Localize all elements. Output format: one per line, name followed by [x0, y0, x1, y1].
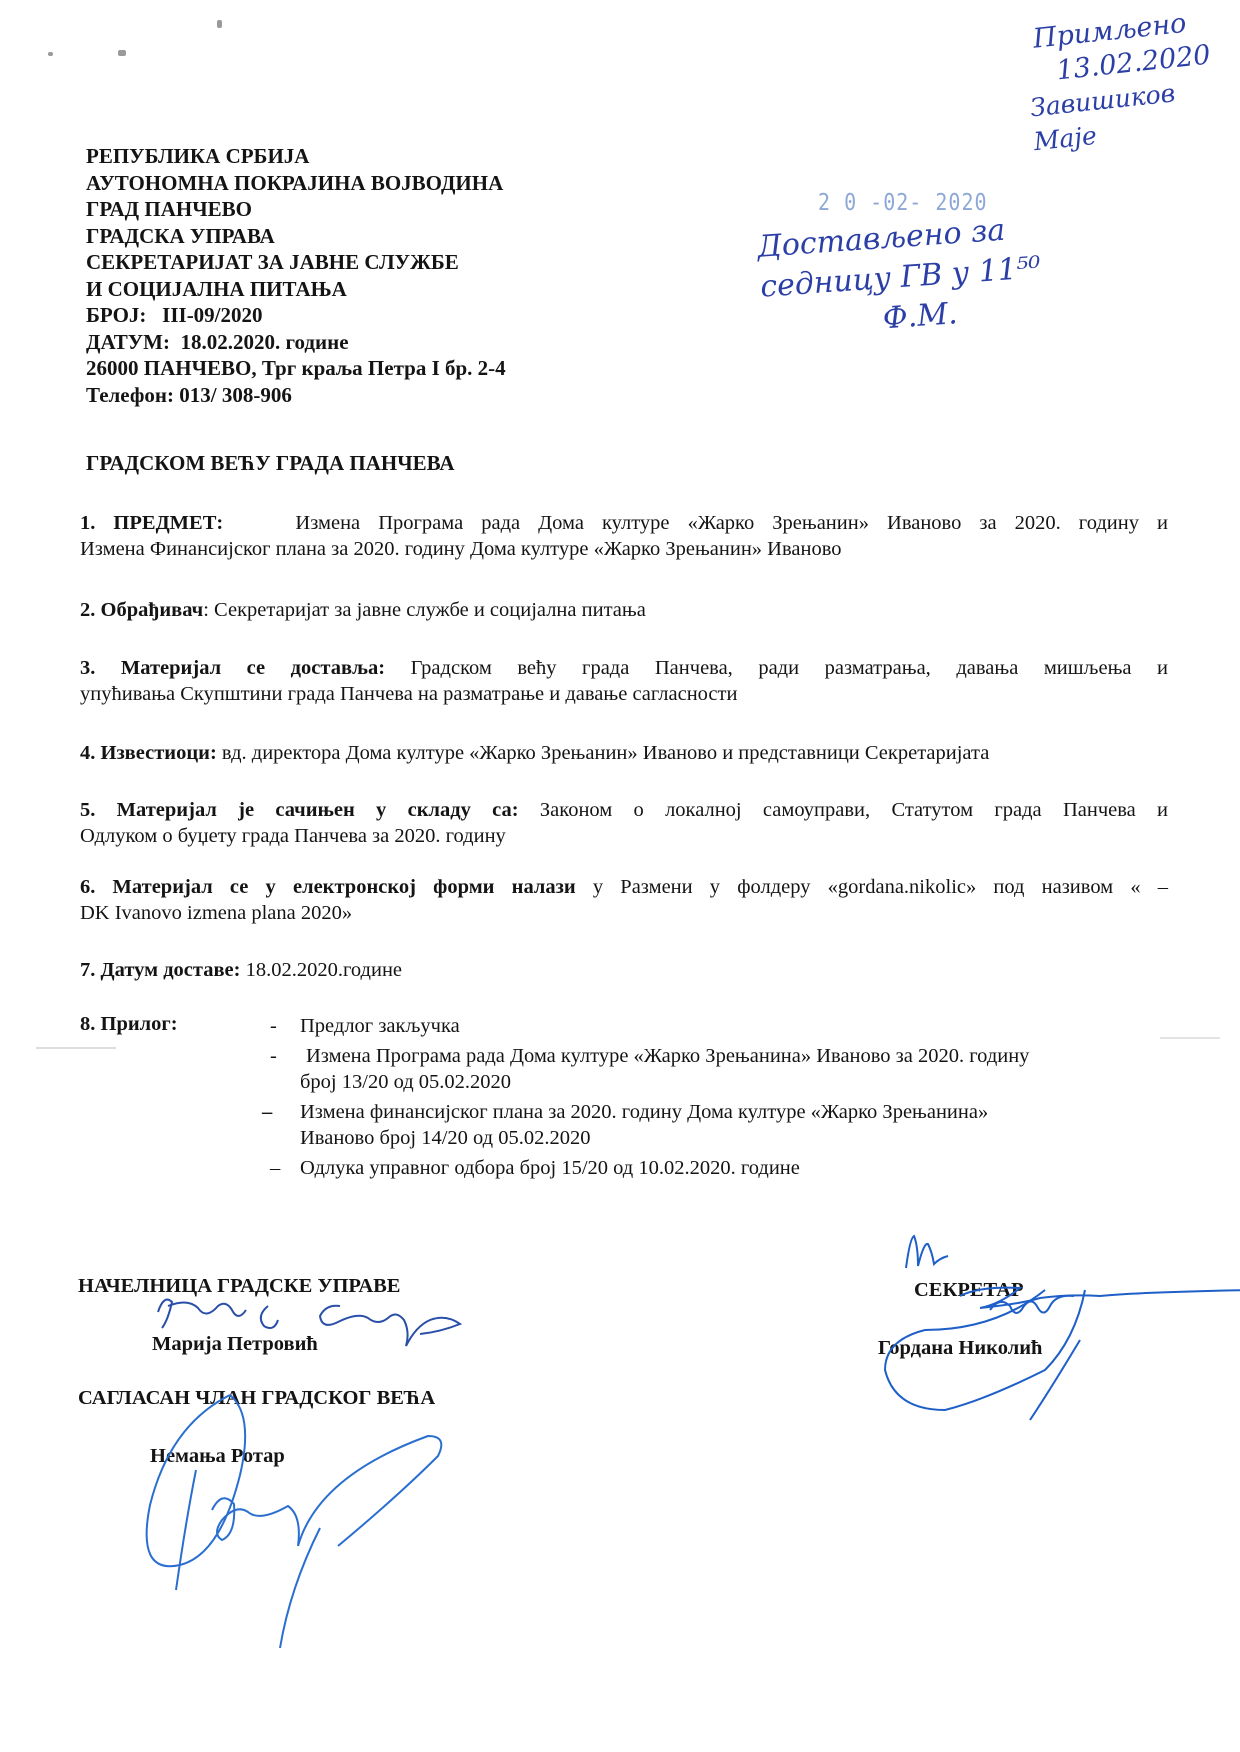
- received-date-stamp: 2 0 -02- 2020: [818, 188, 988, 216]
- section-label: 3. Материјал се доставља:: [80, 657, 385, 679]
- attachment-item: – Измена финансијског плана за 2020. год…: [270, 1099, 1170, 1151]
- header-country: РЕПУБЛИКА СРБИЈА: [86, 143, 506, 170]
- section-label: 5. Материјал је сачињен у складу са:: [80, 799, 519, 821]
- attachment-item: – Одлука управног одбора број 15/20 од 1…: [270, 1155, 1170, 1181]
- council-member-name: Немања Ротар: [150, 1445, 285, 1468]
- document-date: 18.02.2020.: [181, 330, 281, 354]
- document-number: III-09/2020: [162, 303, 262, 327]
- section-label: 7. Датум доставе:: [80, 959, 240, 981]
- section-reporters: 4. Известиоци: вд. директора Дома култур…: [80, 740, 1168, 766]
- document-header: РЕПУБЛИКА СРБИЈА АУТОНОМНА ПОКРАЈИНА ВОЈ…: [86, 143, 506, 408]
- section-compliance: 5. Материјал је сачињен у складу са: Зак…: [80, 797, 1168, 849]
- scan-speck: [48, 52, 53, 56]
- header-secretariat: СЕКРЕТАРИЈАТ ЗА ЈАВНЕ СЛУЖБЕ: [86, 249, 506, 276]
- attachment-item: - Измена Програма рада Дома културе «Жар…: [270, 1043, 1170, 1095]
- signature-nikolic-icon: [885, 1236, 1240, 1420]
- handwritten-note-delivered: Достављено за седницу ГВ у 11⁵⁰ Ф.М.: [756, 208, 1045, 347]
- section-delivery-date: 7. Датум доставе: 18.02.2020.године: [80, 957, 1168, 983]
- secretary-name: Гордана Николић: [878, 1337, 1042, 1360]
- attachments-list: - Предлог закључка - Измена Програма рад…: [270, 1013, 1170, 1185]
- header-date: ДАТУМ: 18.02.2020. године: [86, 329, 506, 356]
- header-secretariat-2: И СОЦИЈАЛНА ПИТАЊА: [86, 276, 506, 303]
- council-member-title: САГЛАСАН ЧЛАН ГРАДСКОГ ВЕЋА: [78, 1387, 435, 1410]
- section-label: 4. Известиоци:: [80, 742, 217, 764]
- attachments-label: 8. Прилог:: [80, 1013, 178, 1036]
- attachment-item: - Предлог закључка: [270, 1013, 1170, 1039]
- addressee: ГРАДСКОМ ВЕЋУ ГРАДА ПАНЧЕВА: [86, 451, 455, 476]
- section-label: 1. ПРЕДМЕТ:: [80, 512, 223, 534]
- folder-reference: у Размени у фолдеру «gordana.nikolic» по…: [593, 876, 1168, 898]
- head-of-administration-name: Марија Петровић: [152, 1333, 318, 1356]
- file-name: DK Ivanovo izmena plana 2020»: [80, 900, 1168, 926]
- scan-speck: [118, 50, 126, 56]
- signature-rotar-icon: [147, 1395, 442, 1648]
- header-administration: ГРАДСКА УПРАВА: [86, 223, 506, 250]
- header-phone: Телефон: 013/ 308-906: [86, 382, 506, 409]
- head-of-administration-title: НАЧЕЛНИЦА ГРАДСКЕ УПРАВЕ: [78, 1275, 401, 1298]
- header-number: БРОЈ: III-09/2020: [86, 302, 506, 329]
- handwritten-note-received: Примљено 13.02.2020 Завишиков Маје: [1031, 2, 1240, 158]
- secretary-title: СЕКРЕТАР: [914, 1279, 1024, 1302]
- header-province: АУТОНОМНА ПОКРАЈИНА ВОЈВОДИНА: [86, 170, 506, 197]
- header-city: ГРАД ПАНЧЕВО: [86, 196, 506, 223]
- section-processor: 2. Обрађивач: Секретаријат за јавне служ…: [80, 597, 1168, 623]
- section-label: 2. Обрађивач: [80, 599, 203, 621]
- section-subject: 1. ПРЕДМЕТ: Измена Програма рада Дома ку…: [80, 510, 1168, 562]
- section-electronic-form: 6. Материјал се у електронској форми нал…: [80, 874, 1168, 926]
- section-label: 6. Материјал се у електронској форми нал…: [80, 876, 576, 898]
- header-address: 26000 ПАНЧЕВО, Трг краља Петра I бр. 2-4: [86, 355, 506, 382]
- section-delivered-to: 3. Материјал се доставља: Градском већу …: [80, 655, 1168, 707]
- scan-speck: [217, 20, 222, 28]
